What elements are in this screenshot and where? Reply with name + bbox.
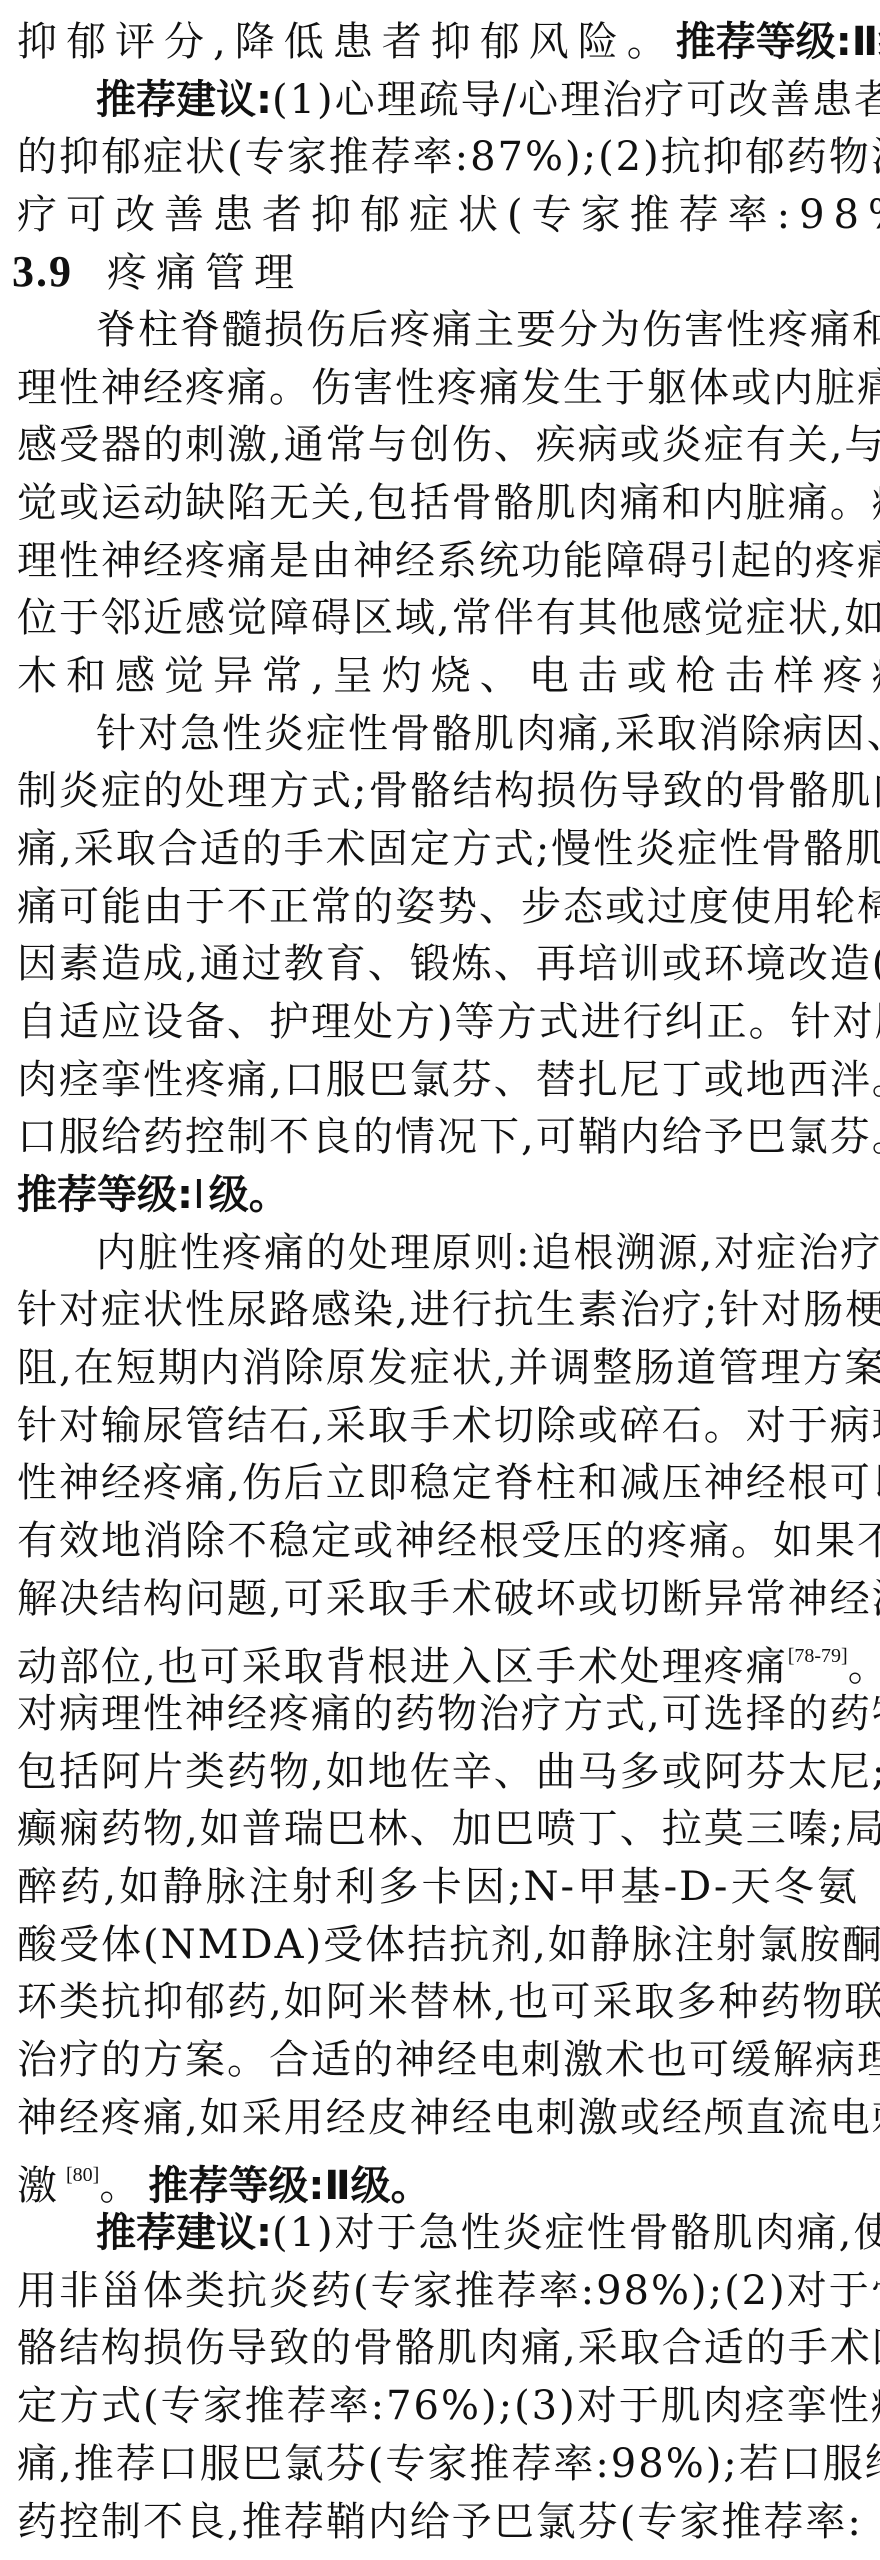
text-line: 醉药,如静脉注射利多卡因;N-甲基-D-天冬氨	[17, 1858, 859, 1916]
body-text: 激	[17, 2163, 66, 2209]
recommendation-label: 推荐建议:	[96, 77, 272, 123]
text-line: 治疗的方案。合适的神经电刺激术也可缓解病理性	[17, 2031, 859, 2089]
text-line: 觉或运动缺陷无关,包括骨骼肌肉痛和内脏痛。病	[17, 474, 859, 532]
section-number: 3.9	[12, 243, 107, 301]
text-line: 酸受体(NMDA)受体拮抗剂,如静脉注射氯胺酮;三	[17, 1916, 859, 1974]
text-line: 内脏性疼痛的处理原则:追根溯源,对症治疗。	[96, 1224, 859, 1282]
section-heading: 3.9疼痛管理	[12, 243, 854, 301]
text-line: 抑郁评分,降低患者抑郁风险。推荐等级:Ⅱ级。	[17, 13, 859, 71]
text-line: 动部位,也可采取背根进入区手术处理疼痛[78-79]。	[17, 1627, 859, 1685]
text-line: 口服给药控制不良的情况下,可鞘内给予巴氯芬。	[17, 1108, 859, 1166]
body-text: 抑郁评分,降低患者抑郁风险。	[17, 19, 676, 65]
text-line: 位于邻近感觉障碍区域,常伴有其他感觉症状,如麻	[17, 589, 859, 647]
text-line: 制炎症的处理方式;骨骼结构损伤导致的骨骼肌肉	[17, 762, 859, 820]
text-line: 肉痉挛性疼痛,口服巴氯芬、替扎尼丁或地西泮。在	[17, 1051, 859, 1109]
text-line: 痛可能由于不正常的姿势、步态或过度使用轮椅等	[17, 878, 859, 936]
text-line: 木和感觉异常,呈灼烧、电击或枪击样疼痛。	[17, 647, 859, 705]
text-line: 推荐建议:(1)对于急性炎症性骨骼肌肉痛,使	[96, 2204, 859, 2262]
text-line: 包括阿片类药物,如地佐辛、曲马多或阿芬太尼;抗	[17, 1743, 859, 1801]
citation-ref[interactable]: [78-79]	[788, 1645, 848, 1667]
text-line: 神经疼痛,如采用经皮神经电刺激或经颅直流电刺	[17, 2089, 859, 2147]
text-line: 痛,采取合适的手术固定方式;慢性炎症性骨骼肌肉	[17, 820, 859, 878]
text-line: 脊柱脊髓损伤后疼痛主要分为伤害性疼痛和病	[96, 301, 859, 359]
text-line: 用非甾体类抗炎药(专家推荐率:98%);(2)对于骨	[17, 2262, 859, 2320]
text-line: 有效地消除不稳定或神经根受压的疼痛。如果不能	[17, 1512, 859, 1570]
text-line: 针对输尿管结石,采取手术切除或碎石。对于病理	[17, 1397, 859, 1455]
text-line: 因素造成,通过教育、锻炼、再培训或环境改造(如	[17, 935, 859, 993]
text-line: 骼结构损伤导致的骨骼肌肉痛,采取合适的手术固	[17, 2319, 859, 2377]
text-line: 感受器的刺激,通常与创伤、疾病或炎症有关,与感	[17, 416, 859, 474]
text-line: 推荐等级:Ⅰ级。	[17, 1166, 859, 1224]
text-line: 理性神经疼痛。伤害性疼痛发生于躯体或内脏痛觉	[17, 359, 859, 417]
body-text: 动部位,也可采取背根进入区手术处理疼痛	[17, 1644, 788, 1690]
text-line: 推荐建议:(1)心理疏导/心理治疗可改善患者	[96, 71, 859, 129]
text-line: 理性神经疼痛是由神经系统功能障碍引起的疼痛,	[17, 532, 859, 590]
recommendation-grade: 推荐等级:Ⅱ级。	[148, 2163, 430, 2209]
body-text: (1)心理疏导/心理治疗可改善患者	[272, 77, 880, 123]
text-line: 痛,推荐口服巴氯芬(专家推荐率:98%);若口服给	[17, 2435, 859, 2493]
text-line: 环类抗抑郁药,如阿米替林,也可采取多种药物联合	[17, 1973, 859, 2031]
text-line: 自适应设备、护理处方)等方式进行纠正。针对肌	[17, 993, 859, 1051]
body-text: 。	[99, 2163, 148, 2209]
body-text: (1)对于急性炎症性骨骼肌肉痛,使	[272, 2210, 880, 2256]
document-page: 抑郁评分,降低患者抑郁风险。推荐等级:Ⅱ级。 推荐建议:(1)心理疏导/心理治疗…	[0, 0, 880, 2560]
text-line: 定方式(专家推荐率:76%);(3)对于肌肉痉挛性疼	[17, 2377, 859, 2435]
text-line: 药控制不良,推荐鞘内给予巴氯芬(专家推荐率:	[17, 2493, 859, 2551]
text-line: 针对急性炎症性骨骼肌肉痛,采取消除病因、控	[96, 705, 859, 763]
text-line: 的抑郁症状(专家推荐率:87%);(2)抗抑郁药物治	[17, 128, 859, 186]
recommendation-label: 推荐建议:	[96, 2210, 272, 2256]
text-line: 性神经疼痛,伤后立即稳定脊柱和减压神经根可以	[17, 1454, 859, 1512]
text-line: 癫痫药物,如普瑞巴林、加巴喷丁、拉莫三嗪;局部麻	[17, 1800, 859, 1858]
body-text: 。	[848, 1644, 880, 1690]
recommendation-grade-label: 推荐等级:	[17, 1172, 193, 1218]
text-line: 激[80]。推荐等级:Ⅱ级。	[17, 2146, 859, 2204]
section-title: 疼痛管理	[107, 250, 303, 296]
text-line: 针对症状性尿路感染,进行抗生素治疗;针对肠梗	[17, 1281, 859, 1339]
text-line: 疗可改善患者抑郁症状(专家推荐率:98%)。	[17, 186, 859, 244]
text-line: 解决结构问题,可采取手术破坏或切断异常神经活	[17, 1570, 859, 1628]
recommendation-grade-suffix: 级。	[209, 1172, 289, 1218]
text-line: 对病理性神经疼痛的药物治疗方式,可选择的药物	[17, 1685, 859, 1743]
citation-ref[interactable]: [80]	[66, 2164, 99, 2186]
recommendation-grade: 推荐等级:Ⅱ级。	[676, 19, 880, 65]
text-line: 阻,在短期内消除原发症状,并调整肠道管理方案;	[17, 1339, 859, 1397]
recommendation-grade-value: Ⅰ	[193, 1172, 209, 1217]
